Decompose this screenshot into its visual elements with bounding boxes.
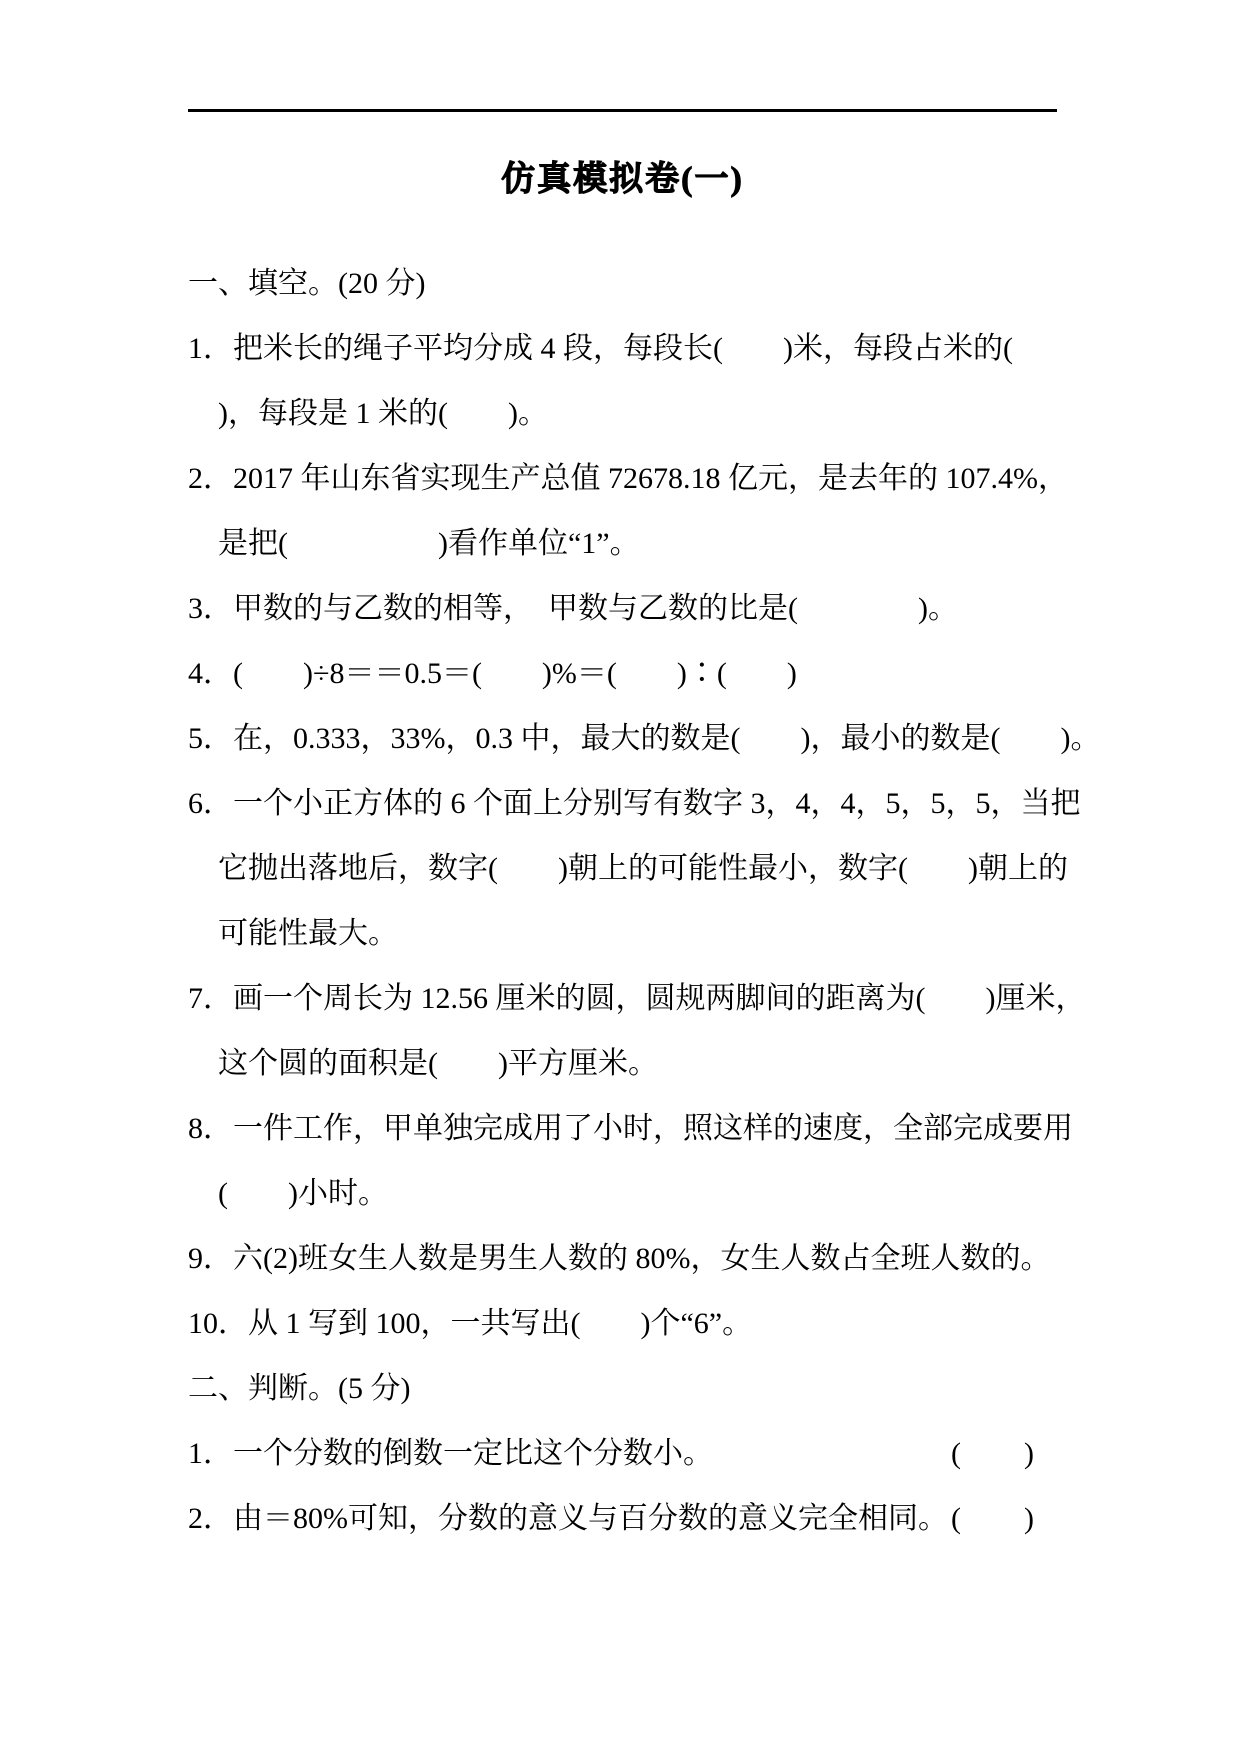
question-continuation: )，每段是 1 米的( )。 [188,381,1057,446]
question-number: 1． [188,316,233,381]
question-number: 3． [188,576,233,641]
question-text: 一件工作，甲单独完成用了小时，照这样的速度，全部完成要用 [233,1096,1073,1161]
question-number: 4． [188,641,233,706]
worksheet-page: 仿真模拟卷(一) 一、填空。(20 分) 1．把米长的绳子平均分成 4 段，每段… [0,0,1241,1754]
question-text: 甲数的与乙数的相等， 甲数与乙数的比是( )。 [233,576,958,641]
question-number: 10． [188,1291,248,1356]
answer-blank: ( ) [951,1421,1035,1486]
page-title: 仿真模拟卷(一) [188,158,1057,202]
question-continuation: 它抛出落地后，数字( )朝上的可能性最小，数字( )朝上的 [188,836,1057,901]
question-number: 2． [188,1486,233,1551]
question-row-4: 4．( )÷8＝＝0.5＝( )%＝( )∶( ) [188,641,1057,706]
question-text: 2017 年山东省实现生产总值 72678.18 亿元，是去年的 107.4%， [233,446,1068,511]
question-continuation: 可能性最大。 [188,901,1057,966]
document-body: 一、填空。(20 分) 1．把米长的绳子平均分成 4 段，每段长( )米，每段占… [188,251,1057,1551]
question-number: 7． [188,966,233,1031]
question-text: 一个分数的倒数一定比这个分数小。 [233,1421,713,1486]
question-text: 六(2)班女生人数是男生人数的 80%，女生人数占全班人数的。 [233,1226,1050,1291]
question-row-3: 3．甲数的与乙数的相等， 甲数与乙数的比是( )。 [188,576,1057,641]
question-row-9: 9．六(2)班女生人数是男生人数的 80%，女生人数占全班人数的。 [188,1226,1057,1291]
question-row-7: 7．画一个周长为 12.56 厘米的圆，圆规两脚间的距离为( )厘米， [188,966,1057,1031]
question-number: 9． [188,1226,233,1291]
question-text: 画一个周长为 12.56 厘米的圆，圆规两脚间的距离为( )厘米， [233,966,1085,1031]
question-row-2: 2．2017 年山东省实现生产总值 72678.18 亿元，是去年的 107.4… [188,446,1057,511]
question-text: 由＝80%可知，分数的意义与百分数的意义完全相同。 [233,1486,948,1551]
section-2-heading: 二、判断。(5 分) [188,1356,1057,1421]
answer-blank: ( ) [951,1486,1035,1551]
question-text: 把米长的绳子平均分成 4 段，每段长( )米，每段占米的( [233,316,1013,381]
question-continuation: 是把( )看作单位“1”。 [188,511,1057,576]
question-row-6: 6．一个小正方体的 6 个面上分别写有数字 3，4，4，5，5，5，当把 [188,771,1057,836]
question-continuation: 这个圆的面积是( )平方厘米。 [188,1031,1057,1096]
question-number: 2． [188,446,233,511]
question-number: 5． [188,706,233,771]
question-number: 8． [188,1096,233,1161]
question-text: 一个小正方体的 6 个面上分别写有数字 3，4，4，5，5，5，当把 [233,771,1081,836]
header-rule [188,109,1057,112]
question-row-1: 1．把米长的绳子平均分成 4 段，每段长( )米，每段占米的( [188,316,1057,381]
question-text: 在，0.333，33%，0.3 中，最大的数是( )，最小的数是( )。 [233,706,1100,771]
question-text: ( )÷8＝＝0.5＝( )%＝( )∶( ) [233,641,797,706]
question-row-10: 10．从 1 写到 100，一共写出( )个“6”。 [188,1291,1057,1356]
question-number: 1． [188,1421,233,1486]
question-continuation: ( )小时。 [188,1161,1057,1226]
question-row-5: 5．在，0.333，33%，0.3 中，最大的数是( )，最小的数是( )。 [188,706,1057,771]
question-text: 从 1 写到 100，一共写出( )个“6”。 [248,1291,752,1356]
question-number: 6． [188,771,233,836]
question-row-8: 8．一件工作，甲单独完成用了小时，照这样的速度，全部完成要用 [188,1096,1057,1161]
judgment-row-1: 1．一个分数的倒数一定比这个分数小。( ) [188,1421,1057,1486]
section-1-heading: 一、填空。(20 分) [188,251,1057,316]
judgment-row-2: 2．由＝80%可知，分数的意义与百分数的意义完全相同。( ) [188,1486,1057,1551]
